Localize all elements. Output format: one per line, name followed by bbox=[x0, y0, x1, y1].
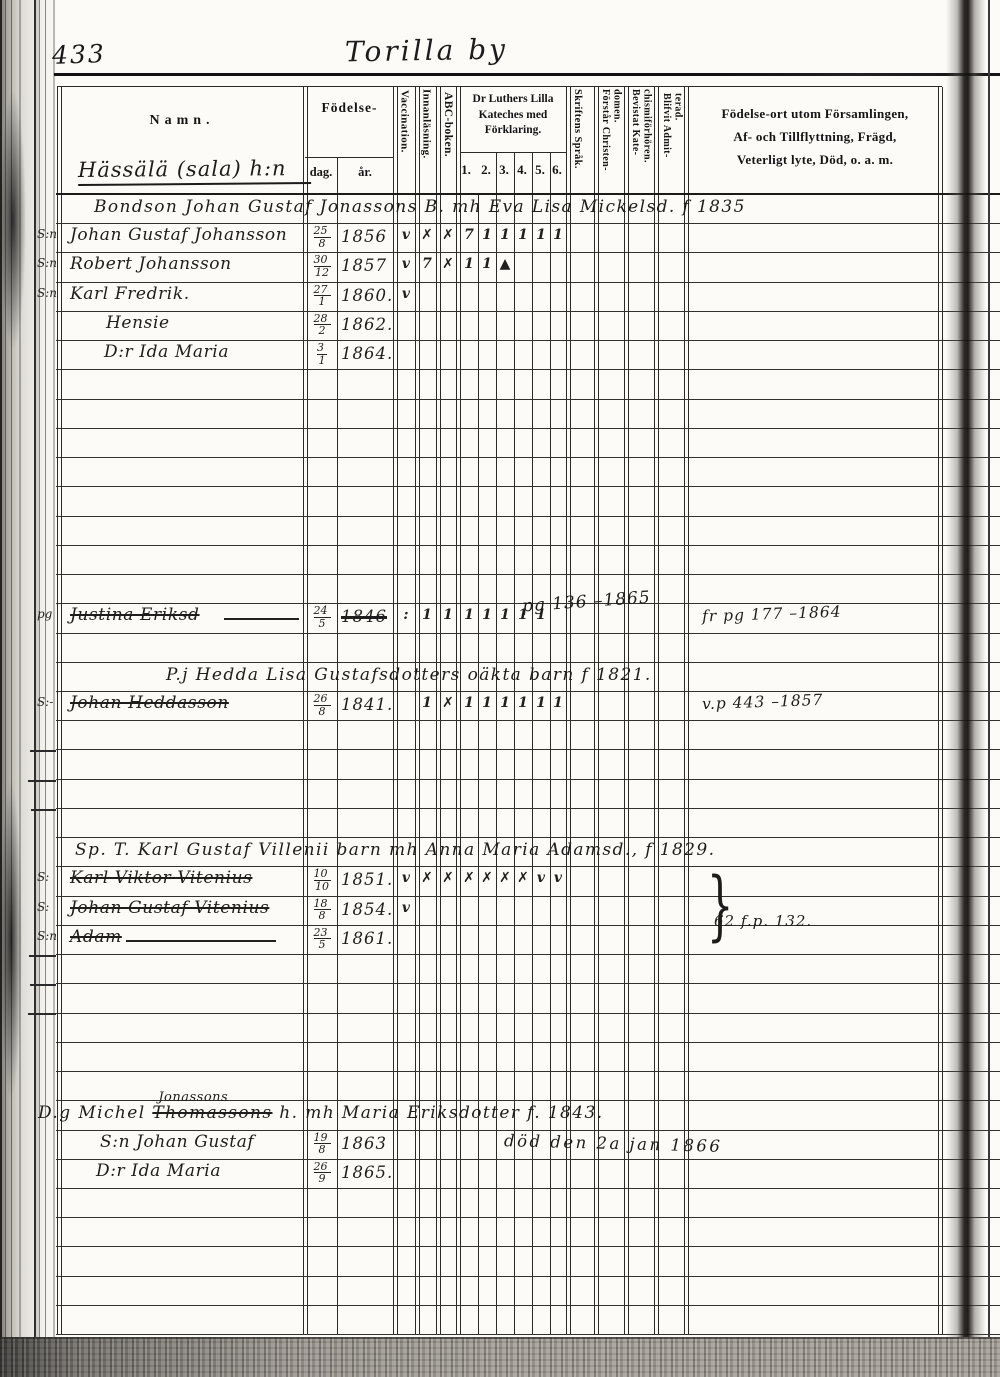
exam-mark: 1 bbox=[479, 256, 495, 272]
column-header-reading: Innanläsning. bbox=[420, 89, 432, 193]
scan-artifact bbox=[30, 750, 56, 752]
empty-row bbox=[56, 1277, 1000, 1306]
empty-row bbox=[56, 955, 1000, 984]
empty-row bbox=[56, 1014, 1000, 1043]
birth-day-denominator: 1 bbox=[304, 296, 340, 308]
birth-day-fraction: 269 bbox=[304, 1161, 340, 1185]
empty-row bbox=[56, 809, 1000, 838]
exam-mark: 1 bbox=[515, 227, 531, 243]
margin-note: S:n bbox=[37, 929, 57, 943]
section-title-handwritten: Hässälä (sala) h:n bbox=[78, 156, 311, 186]
family-header-row: Bondson Johan Gustaf Jonassons B. mh Eva… bbox=[56, 195, 1000, 224]
exam-mark: v bbox=[398, 256, 414, 272]
catechism-subcolumn-label: 5. bbox=[532, 162, 548, 178]
entry-name: Justina Eriksd bbox=[70, 605, 200, 625]
exam-mark: 1 bbox=[440, 607, 456, 623]
strike-extension bbox=[126, 940, 276, 942]
exam-mark: 1 bbox=[497, 227, 513, 243]
birth-day-denominator: 8 bbox=[304, 910, 340, 922]
birth-year: 1863 bbox=[341, 1134, 387, 1153]
scan-artifact bbox=[0, 780, 22, 1100]
origin-note: v.p 443 –1857 bbox=[702, 691, 824, 713]
column-header-catechism: Dr Luthers Lilla Kateches med Förklaring… bbox=[461, 92, 565, 139]
exam-mark: 1 bbox=[461, 256, 477, 272]
margin-note: S: bbox=[37, 900, 49, 914]
margin-note: S:- bbox=[37, 695, 53, 709]
table-row: S:-Johan Heddasson2681841.1✗111111v.p 44… bbox=[56, 692, 1000, 721]
empty-row bbox=[56, 1043, 1000, 1072]
exam-mark: 1 bbox=[461, 607, 477, 623]
column-header-admitted: Blifvit Admit- terad. bbox=[661, 93, 683, 195]
exam-mark: ✗ bbox=[419, 870, 435, 886]
birth-day-fraction: 282 bbox=[304, 313, 340, 337]
empty-row bbox=[56, 429, 1000, 458]
birth-day-fraction: 245 bbox=[304, 605, 340, 629]
bottom-scan-noise bbox=[0, 1337, 1000, 1377]
column-header-birth-year: år. bbox=[337, 165, 393, 181]
exam-mark: 1 bbox=[419, 607, 435, 623]
brace-mark bbox=[696, 867, 744, 943]
birth-day-denominator: 5 bbox=[304, 939, 340, 951]
table-row: D:r Ida Maria2691865. bbox=[56, 1160, 1000, 1189]
exam-mark: v bbox=[550, 870, 566, 886]
empty-row bbox=[56, 750, 1000, 779]
birth-year: 1841. bbox=[341, 695, 393, 714]
birth-day-numerator: 24 bbox=[314, 605, 331, 618]
birth-day-denominator: 2 bbox=[304, 325, 340, 337]
birth-year: 1864. bbox=[341, 344, 393, 363]
exam-mark: 1 bbox=[550, 227, 566, 243]
birth-year: 1862. bbox=[341, 315, 393, 334]
book-fold-shadow bbox=[946, 0, 986, 1340]
birth-day-denominator: 10 bbox=[304, 881, 340, 893]
birth-day-fraction: 188 bbox=[304, 898, 340, 922]
exam-mark: 1 bbox=[515, 695, 531, 711]
empty-row bbox=[56, 370, 1000, 399]
entry-name: Adam bbox=[70, 927, 122, 947]
birth-day-denominator: 8 bbox=[304, 706, 340, 718]
empty-row bbox=[56, 1189, 1000, 1218]
birth-day-numerator: 25 bbox=[314, 225, 331, 238]
exam-mark: ✗ bbox=[497, 870, 513, 886]
margin-note: pg bbox=[37, 607, 52, 621]
family-header-text: Sp. T. Karl Gustaf Villenii barn mh Anna… bbox=[75, 840, 715, 860]
entry-name: Johan Heddasson bbox=[70, 693, 229, 713]
column-header-birth: Födelse- bbox=[305, 100, 394, 117]
empty-row bbox=[56, 487, 1000, 516]
scan-artifact bbox=[30, 984, 56, 986]
family-header-text: Bondson Johan Gustaf Jonassons B. mh Eva… bbox=[94, 197, 746, 217]
table-row: S:nAdam2351861. bbox=[56, 926, 1000, 955]
brace-note: 62 f.p. 132. bbox=[714, 912, 812, 930]
exam-mark: 1 bbox=[419, 695, 435, 711]
empty-row bbox=[56, 1218, 1000, 1247]
birth-year: 1854. bbox=[341, 900, 393, 919]
exam-mark: 1 bbox=[479, 695, 495, 711]
catechism-subcolumn-label: 6. bbox=[549, 162, 565, 178]
catechism-subcolumn-label: 1. bbox=[458, 162, 474, 178]
entry-name: Johan Gustaf Vitenius bbox=[70, 898, 269, 918]
exam-mark: v bbox=[398, 900, 414, 916]
margin-note: S:n bbox=[37, 256, 57, 270]
empty-row bbox=[56, 458, 1000, 487]
birth-day-fraction: 1010 bbox=[304, 868, 340, 892]
birth-year: 1861. bbox=[341, 929, 393, 948]
exam-mark: ✗ bbox=[419, 227, 435, 243]
catechism-subcolumn-label: 2. bbox=[478, 162, 494, 178]
birth-day-denominator: 1 bbox=[304, 355, 340, 367]
struck-word-wrap: ThomassonsJonassons bbox=[152, 1103, 272, 1123]
entry-name: Karl Viktor Vitenius bbox=[70, 868, 252, 888]
exam-mark: 1 bbox=[533, 227, 549, 243]
exam-mark: 1 bbox=[497, 695, 513, 711]
place-title-handwritten: Torilla by bbox=[345, 33, 509, 69]
column-header-name: Namn. bbox=[60, 112, 304, 130]
family-header-row: Sp. T. Karl Gustaf Villenii barn mh Anna… bbox=[56, 838, 1000, 867]
birth-day-fraction: 271 bbox=[304, 284, 340, 308]
scan-artifact bbox=[31, 809, 56, 811]
column-header-abc-book: ABC-boken. bbox=[441, 92, 454, 194]
empty-row bbox=[56, 517, 1000, 546]
exam-mark: 7 bbox=[419, 256, 435, 272]
family-header-post: h. mh Maria Eriksdotter f. 1843. bbox=[272, 1103, 603, 1123]
entry-name: Hensie bbox=[106, 313, 170, 333]
column-header-understands-christianity: Förstår Christen- domen. bbox=[600, 89, 622, 195]
table-row: S:Johan Gustaf Vitenius1881854.v62 f.p. … bbox=[56, 897, 1000, 926]
entry-name: Karl Fredrik. bbox=[70, 284, 190, 304]
scan-artifact bbox=[28, 780, 56, 782]
birth-year: 1857 bbox=[341, 256, 387, 275]
exam-mark: ✗ bbox=[440, 227, 456, 243]
table-row: S:Karl Viktor Vitenius10101851.v✗✗✗✗✗✗vv bbox=[56, 867, 1000, 896]
exam-mark: 1 bbox=[550, 695, 566, 711]
empty-row bbox=[56, 400, 1000, 429]
family-header-text: P.j Hedda Lisa Gustafsdotters oäkta barn… bbox=[166, 665, 652, 685]
entry-name: Johan Gustaf Johansson bbox=[70, 225, 287, 245]
entry-name: D:r Ida Maria bbox=[96, 1161, 221, 1181]
birth-year: 1856 bbox=[341, 227, 387, 246]
exam-mark: ✗ bbox=[440, 870, 456, 886]
birth-day-denominator: 8 bbox=[304, 238, 340, 250]
birth-day-denominator: 8 bbox=[304, 1144, 340, 1156]
empty-row bbox=[56, 1247, 1000, 1276]
exam-mark: 1 bbox=[461, 695, 477, 711]
column-header-vaccination: Vaccination. bbox=[398, 90, 410, 194]
birth-year: 1860. bbox=[341, 286, 393, 305]
family-header-text: D.g Michel ThomassonsJonassons h. mh Mar… bbox=[38, 1103, 604, 1123]
birth-year: 1851. bbox=[341, 870, 393, 889]
column-header-notes: Födelse-ort utom Församlingen, Af- och T… bbox=[694, 103, 936, 171]
table-row: D:r Ida Maria311864. bbox=[56, 341, 1000, 370]
exam-mark: 1 bbox=[533, 695, 549, 711]
exam-mark: ✗ bbox=[515, 870, 531, 886]
birth-day-numerator: 26 bbox=[314, 693, 331, 706]
birth-day-fraction: 31 bbox=[304, 342, 340, 366]
table-row: S:n Johan Gustaf1981863död den 2a jan 18… bbox=[56, 1131, 1000, 1160]
table-row: S:nKarl Fredrik.2711860.v bbox=[56, 283, 1000, 312]
table-row: S:nJohan Gustaf Johansson2581856v✗✗71111… bbox=[56, 224, 1000, 253]
birth-day-denominator: 9 bbox=[304, 1173, 340, 1185]
empty-row bbox=[56, 634, 1000, 663]
exam-mark: ▲ bbox=[497, 256, 513, 272]
empty-row bbox=[56, 546, 1000, 575]
birth-day-denominator: 5 bbox=[304, 618, 340, 630]
entry-name: Robert Johansson bbox=[70, 254, 232, 274]
birth-day-fraction: 235 bbox=[304, 927, 340, 951]
exam-mark: v bbox=[533, 870, 549, 886]
birth-year: 1846 bbox=[341, 607, 387, 626]
entry-name: D:r Ida Maria bbox=[104, 342, 229, 362]
exam-mark: v bbox=[398, 227, 414, 243]
exam-mark: ✗ bbox=[440, 256, 456, 272]
family-header-row: P.j Hedda Lisa Gustafsdotters oäkta barn… bbox=[56, 663, 1000, 692]
table-row: S:nRobert Johansson30121857v7✗11▲ bbox=[56, 253, 1000, 282]
margin-note: S: bbox=[37, 870, 49, 884]
page-number: 433 bbox=[52, 39, 107, 70]
strike-extension bbox=[224, 618, 299, 620]
exam-mark: ✗ bbox=[440, 695, 456, 711]
scan-artifact bbox=[0, 90, 26, 350]
next-page-edge-line bbox=[988, 0, 990, 1337]
empty-row bbox=[56, 721, 1000, 750]
column-header-scripture: Skriftens Språk. bbox=[571, 89, 583, 195]
origin-note: fr pg 177 –1864 bbox=[702, 603, 842, 626]
scan-artifact bbox=[29, 955, 56, 957]
scanned-church-record-page: 433 Torilla by Namn. Födelse- dag. år. V… bbox=[0, 0, 1000, 1377]
table-row: pgJustina Eriksd2451846:1111111pg 136 –1… bbox=[56, 604, 1000, 633]
catechism-subcolumn-label: 3. bbox=[496, 162, 512, 178]
correction-above: Jonassons bbox=[158, 1090, 228, 1105]
entry-name: S:n Johan Gustaf bbox=[100, 1132, 254, 1152]
margin-note: S:n bbox=[37, 227, 57, 241]
record-rows: Bondson Johan Gustaf Jonassons B. mh Eva… bbox=[56, 195, 1000, 1335]
birth-day-fraction: 268 bbox=[304, 693, 340, 717]
death-note: död den 2a jan 1866 bbox=[504, 1131, 723, 1156]
scan-artifact bbox=[28, 1013, 56, 1015]
table-row: Hensie2821862. bbox=[56, 312, 1000, 341]
family-header-row: D.g Michel ThomassonsJonassons h. mh Mar… bbox=[56, 1101, 1000, 1130]
birth-day-fraction: 3012 bbox=[304, 254, 340, 278]
exam-mark: : bbox=[398, 607, 414, 623]
exam-mark: v bbox=[398, 870, 414, 886]
struck-word: Thomassons bbox=[152, 1103, 272, 1123]
exam-mark: 7 bbox=[461, 227, 477, 243]
exam-mark: 1 bbox=[479, 227, 495, 243]
column-header-attended-examinations: Bevistat Kate- chismiförhören. bbox=[630, 89, 652, 195]
exam-mark: 1 bbox=[497, 607, 513, 623]
birth-day-fraction: 198 bbox=[304, 1132, 340, 1156]
birth-day-fraction: 258 bbox=[304, 225, 340, 249]
margin-note: S:n bbox=[37, 286, 57, 300]
catechism-subcolumn-label: 4. bbox=[514, 162, 530, 178]
family-header-pre: D.g Michel bbox=[38, 1103, 152, 1123]
birth-day-numerator: 3 bbox=[317, 342, 327, 355]
empty-row bbox=[56, 984, 1000, 1013]
empty-row bbox=[56, 780, 1000, 809]
top-rule-line bbox=[54, 73, 1000, 76]
birth-year: 1865. bbox=[341, 1163, 393, 1182]
exam-mark: ✗ bbox=[479, 870, 495, 886]
exam-mark: v bbox=[398, 286, 414, 302]
exam-mark: ✗ bbox=[461, 870, 477, 886]
exam-mark: 1 bbox=[479, 607, 495, 623]
birth-day-denominator: 12 bbox=[304, 267, 340, 279]
empty-row bbox=[56, 1306, 1000, 1335]
